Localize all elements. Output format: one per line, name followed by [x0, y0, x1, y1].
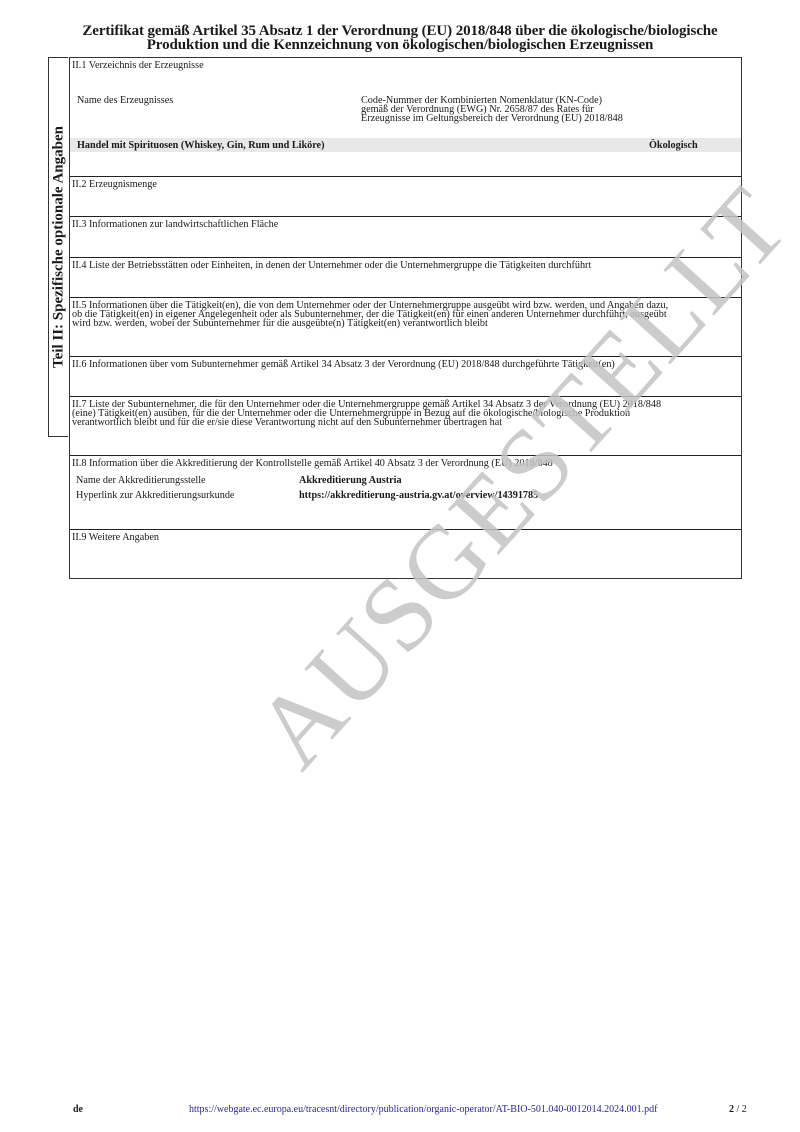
page-total: 2: [742, 1104, 747, 1115]
footer-url-link[interactable]: https://webgate.ec.europa.eu/tracesnt/di…: [189, 1104, 658, 1115]
page-separator: /: [734, 1104, 742, 1115]
accreditation-link-label: Hyperlink zur Akkreditierungsurkunde: [76, 491, 234, 500]
kn-code-header: Code-Nummer der Kombinierten Nomenklatur…: [361, 96, 623, 123]
section-ii-5: II.5 Informationen über die Tätigkeit(en…: [70, 297, 741, 356]
kn-code-header-line-3: Erzeugnisse im Geltungsbereich der Veror…: [361, 114, 623, 123]
product-name-header: Name des Erzeugnisses: [77, 96, 173, 105]
section-ii-6: II.6 Informationen über vom Subunternehm…: [70, 356, 741, 396]
section-ii-7-line-3: verantwortlich bleibt und für die er/sie…: [72, 418, 737, 427]
section-ii-9: II.9 Weitere Angaben: [70, 529, 741, 580]
section-ii-8: II.8 Information über die Akkreditierung…: [70, 455, 741, 529]
section-ii-5-line-3: wird bzw. werden, wobei der Subunternehm…: [72, 319, 737, 328]
side-tab-label: Teil II: Spezifische optionale Angaben: [50, 126, 67, 368]
section-ii-3: II.3 Informationen zur landwirtschaftlic…: [70, 216, 741, 257]
title-line-2: Produktion und die Kennzeichnung von öko…: [40, 38, 760, 52]
section-ii-4-label: II.4 Liste der Betriebsstätten oder Einh…: [72, 261, 737, 270]
part-two-side-tab: Teil II: Spezifische optionale Angaben: [48, 57, 68, 437]
section-ii-4: II.4 Liste der Betriebsstätten oder Einh…: [70, 257, 741, 297]
section-ii-9-label: II.9 Weitere Angaben: [72, 533, 737, 542]
section-ii-2: II.2 Erzeugnismenge: [70, 176, 741, 216]
section-ii-7-label: II.7 Liste der Subunternehmer, die für d…: [72, 400, 737, 427]
section-ii-1: II.1 Verzeichnis der Erzeugnisse Name de…: [70, 58, 741, 176]
accreditation-body-label: Name der Akkreditierungsstelle: [76, 476, 206, 485]
section-ii-7: II.7 Liste der Subunternehmer, die für d…: [70, 396, 741, 455]
footer-language: de: [73, 1104, 83, 1115]
section-ii-3-label: II.3 Informationen zur landwirtschaftlic…: [72, 220, 737, 229]
section-ii-5-label: II.5 Informationen über die Tätigkeit(en…: [72, 301, 737, 328]
accreditation-body-value: Akkreditierung Austria: [299, 476, 402, 485]
part-two-table: II.1 Verzeichnis der Erzeugnisse Name de…: [69, 57, 742, 579]
product-row: Handel mit Spirituosen (Whiskey, Gin, Ru…: [70, 138, 741, 152]
section-ii-6-label: II.6 Informationen über vom Subunternehm…: [72, 360, 737, 369]
section-ii-8-label: II.8 Information über die Akkreditierung…: [72, 459, 737, 468]
certificate-title: Zertifikat gemäß Artikel 35 Absatz 1 der…: [40, 24, 760, 52]
accreditation-link[interactable]: https://akkreditierung-austria.gv.at/ove…: [299, 491, 538, 500]
section-ii-1-label: II.1 Verzeichnis der Erzeugnisse: [72, 61, 737, 70]
product-name: Handel mit Spirituosen (Whiskey, Gin, Ru…: [77, 141, 324, 150]
product-status: Ökologisch: [649, 141, 698, 150]
section-ii-2-label: II.2 Erzeugnismenge: [72, 180, 737, 189]
title-line-1: Zertifikat gemäß Artikel 35 Absatz 1 der…: [40, 24, 760, 38]
page-counter: 2 / 2: [729, 1104, 747, 1115]
